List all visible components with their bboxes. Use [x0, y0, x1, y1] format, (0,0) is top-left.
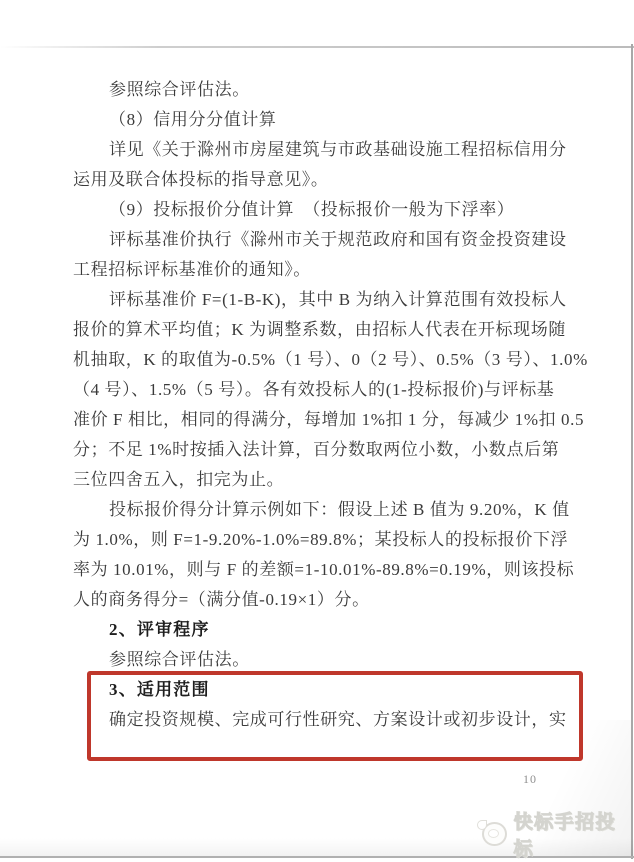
top-edge-line [0, 46, 634, 48]
text-line: 率为 10.01%，则与 F 的差额=1-10.01%-89.8%=0.19%，… [73, 555, 573, 585]
text-line: 人的商务得分=（满分值-0.19×1）分。 [73, 585, 573, 615]
text-line: 为 1.0%，则 F=1-9.20%-1.0%=89.8%；某投标人的投标报价下… [73, 525, 573, 555]
page-content: 参照综合评估法。（8）信用分分值计算详见《关于滁州市房屋建筑与市政基础设施工程招… [73, 75, 573, 735]
right-edge-line [631, 44, 633, 859]
text-line: 详见《关于滁州市房屋建筑与市政基础设施工程招标信用分 [73, 135, 573, 165]
text-line: （4 号）、1.5%（5 号）。各有效投标人的(1-投标报价)与评标基 [73, 375, 573, 405]
document-page: 参照综合评估法。（8）信用分分值计算详见《关于滁州市房屋建筑与市政基础设施工程招… [0, 0, 634, 862]
watermark: 快标手招投标 [482, 818, 634, 850]
watermark-label: 快标手招投标 [514, 807, 634, 861]
text-line: 分；不足 1%时按插入法计算，百分数取两位小数，小数点后第 [73, 435, 573, 465]
text-line: 2、评审程序 [73, 615, 573, 645]
text-line: 机抽取，K 的取值为-0.5%（1 号）、0（2 号）、0.5%（3 号）、1.… [73, 345, 573, 375]
text-line: 三位四舍五入，扣完为止。 [73, 465, 573, 495]
text-line: 评标基准价 F=(1-B-K)，其中 B 为纳入计算范围有效投标人 [73, 285, 573, 315]
brand-logo-icon [482, 822, 507, 846]
text-line: 报价的算术平均值；K 为调整系数，由招标人代表在开标现场随 [73, 315, 573, 345]
text-line: 工程招标评标基准价的通知》。 [73, 255, 573, 285]
page-number: 10 [500, 772, 560, 787]
text-line: 运用及联合体投标的指导意见》。 [73, 165, 573, 195]
text-line: （8）信用分分值计算 [73, 105, 573, 135]
text-line: 参照综合评估法。 [73, 75, 573, 105]
text-line: 准价 F 相比，相同的得满分，每增加 1%扣 1 分，每减少 1%扣 0.5 [73, 405, 573, 435]
highlight-box [87, 671, 583, 761]
text-line: （9）投标报价分值计算 （投标报价一般为下浮率） [73, 195, 573, 225]
text-line: 投标报价得分计算示例如下：假设上述 B 值为 9.20%，K 值 [73, 495, 573, 525]
text-line: 评标基准价执行《滁州市关于规范政府和国有资金投资建设 [73, 225, 573, 255]
